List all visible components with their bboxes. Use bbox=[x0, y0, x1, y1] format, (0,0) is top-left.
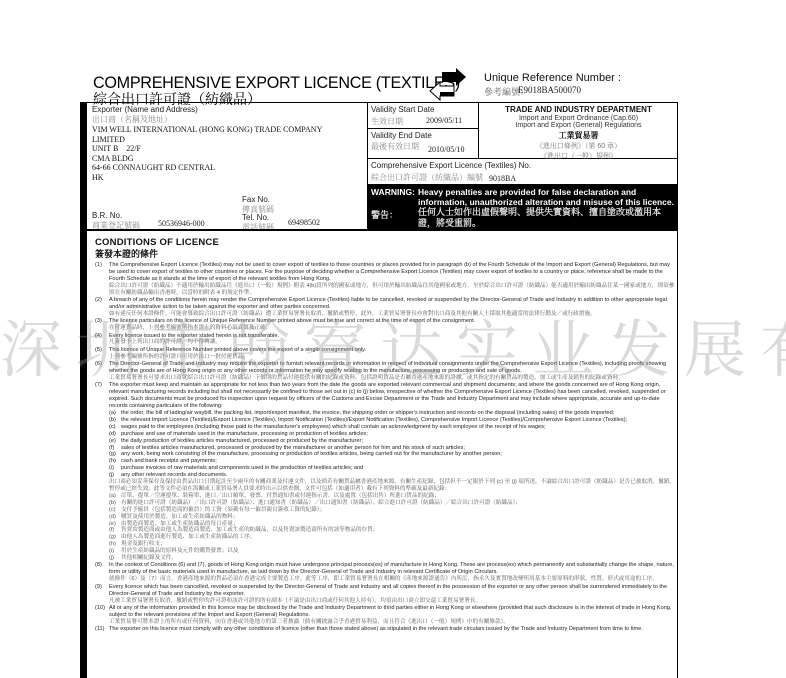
subitem-text: the order, the bill of lading/air waybil… bbox=[121, 410, 675, 417]
condition-text: Every licence which has been cancelled, … bbox=[109, 584, 675, 598]
condition-number: (10) bbox=[95, 605, 109, 626]
export-arrow-icon bbox=[428, 68, 468, 102]
condition-subitem: (e)the daily production of textiles arti… bbox=[109, 438, 675, 445]
condition-text-zh: 在付運貨品時，上列參考編號所指本證上的資料必須真實及正確。 bbox=[109, 325, 675, 332]
condition-body: The licence particulars on this licence … bbox=[109, 318, 675, 332]
department-ordinance: Import and Export Ordinance (Cap.60) bbox=[479, 115, 678, 122]
condition-subitem-zh: (j)其他相關紀錄及文件。 bbox=[109, 555, 675, 562]
subitem-text: any work, being work consisting of the m… bbox=[121, 451, 675, 458]
condition-number: (11) bbox=[95, 626, 109, 633]
condition-text: All or any of the information provided i… bbox=[109, 605, 675, 619]
subitem-letter: (a) bbox=[109, 493, 121, 500]
address-line: UNIT B 22/F bbox=[92, 144, 322, 154]
condition-number: (3) bbox=[95, 318, 109, 332]
subitem-letter: (d) bbox=[109, 514, 121, 521]
validity-end-value: 2010/05/10 bbox=[428, 145, 464, 154]
subitem-text-zh: 訂單、提單／空運提單、裝箱單、進口／出口艙單、發票、付貨通知書或付運指示書，以及… bbox=[121, 493, 675, 500]
br-label: B.R. No. bbox=[92, 211, 122, 220]
subitem-letter: (a) bbox=[109, 410, 121, 417]
department-regulations: Import and Export (General) Regulations bbox=[479, 122, 678, 129]
validity-end-label-zh: 最後有效日期 bbox=[371, 141, 419, 152]
condition-subitem: (h)cash and bank receipts and payments; bbox=[109, 458, 675, 465]
validity-start-label-zh: 生效日期 bbox=[371, 116, 403, 127]
condition-text-zh: 出口商必須妥善保存及保持由貨品出口日期起計至少兩年的有關商業及付運文件，以及倘若… bbox=[109, 479, 675, 493]
condition-body: The Comprehensive Export Licence (Textil… bbox=[109, 262, 675, 297]
condition-text: The Director-General of Trade and Indust… bbox=[109, 361, 675, 375]
subitem-text: purchase invoices of raw materials and c… bbox=[121, 465, 675, 472]
validity-start-value: 2009/05/11 bbox=[426, 116, 462, 125]
subitem-letter: (b) bbox=[109, 417, 121, 424]
condition-text: The exporter on this licence must comply… bbox=[109, 626, 675, 633]
condition-item: (3)The licence particulars on this licen… bbox=[95, 318, 675, 332]
condition-number: (5) bbox=[95, 347, 109, 361]
condition-text-zh: 上列參考編號所指的許可證只可用於出口一批付運貨品。 bbox=[109, 354, 675, 361]
condition-text: In the context of Conditions (6) and (7)… bbox=[109, 562, 675, 576]
condition-text-zh: 綜合出口許可證（紡織品）不適用於輸出紡織品往《進出口（一般）規例》附表 4(b)… bbox=[109, 283, 675, 297]
subitem-letter: (i) bbox=[109, 465, 121, 472]
subitem-text-zh: 有關的進口許可證（紡織品）／出口許可證（紡織品）、進口通知書（紡織品）／出口通知… bbox=[121, 500, 675, 507]
subitem-text: wages paid to the employees (including t… bbox=[121, 424, 675, 431]
tel-label-zh: 電話號碼 bbox=[242, 222, 274, 233]
subitem-letter: (f) bbox=[109, 445, 121, 452]
condition-item: (4)Every licence issued to the exporter … bbox=[95, 333, 675, 347]
condition-number: (4) bbox=[95, 333, 109, 347]
address-line: HK bbox=[92, 173, 322, 183]
address-line: CMA BLDG bbox=[92, 154, 322, 164]
licence-number-label: Comprehensive Export Licence (Textiles) … bbox=[371, 161, 531, 170]
address-line: 64-66 CONNAUGHT RD CENTRAL bbox=[92, 163, 322, 173]
condition-text-zh: 工業貿易署可將本證上的所有或任何資料，向在香港或其他地方的第三者披露（倘有關披露… bbox=[109, 619, 675, 626]
condition-body: All or any of the information provided i… bbox=[109, 605, 675, 626]
subitem-letter: (i) bbox=[109, 548, 121, 555]
condition-item: (7)The exporter must keep and maintain a… bbox=[95, 382, 675, 562]
subitem-text: sales of textiles articles manufactured,… bbox=[121, 445, 675, 452]
subitem-text-zh: 購買及使用於製造、加工或生產紡織品的物料； bbox=[121, 514, 675, 521]
address-line: VIM WELL INTERNATIONAL (HONG KONG) TRADE… bbox=[92, 125, 322, 135]
licence-number-section: Comprehensive Export Licence (Textiles) … bbox=[368, 159, 678, 184]
condition-number: (8) bbox=[95, 562, 109, 583]
condition-body: A breach of any of the conditions herein… bbox=[109, 297, 675, 318]
condition-number: (7) bbox=[95, 382, 109, 562]
department-section: TRADE AND INDUSTRY DEPARTMENT Import and… bbox=[478, 103, 678, 159]
condition-text-zh: 凡簽發予上列出口商的許可證，均不得轉讓。 bbox=[109, 339, 675, 346]
subitem-letter: (b) bbox=[109, 500, 121, 507]
condition-text-zh: 工業貿易署署長可要求出口商就綜合出口許可證（紡織品）下個別的貨品付運提供有關的紀… bbox=[109, 375, 675, 382]
conditions-title-zh: 簽發本證的條件 bbox=[95, 247, 158, 260]
subitem-text: the relevant Import Licence (Textiles)/E… bbox=[121, 417, 675, 424]
exporter-section: Exporter (Name and Address) 出口商（名稱及地址） V… bbox=[86, 103, 368, 229]
warning-label-zh: 警告： bbox=[371, 208, 398, 221]
condition-subitem-zh: (d)購買及使用於製造、加工或生產紡織品的物料； bbox=[109, 514, 675, 521]
urn-label: Unique Reference Number : bbox=[484, 72, 621, 84]
tel-value: 69498502 bbox=[288, 218, 320, 227]
subitem-letter: (f) bbox=[109, 527, 121, 534]
subitem-text: cash and bank receipts and payments; bbox=[121, 458, 675, 465]
condition-text: The Comprehensive Export Licence (Textil… bbox=[109, 262, 675, 283]
validity-start-section: Validity Start Date 生效日期 2009/05/11 bbox=[368, 103, 478, 129]
condition-number: (1) bbox=[95, 262, 109, 297]
condition-subitem: (a)the order, the bill of lading/air way… bbox=[109, 410, 675, 417]
condition-subitem: (f)sales of textiles articles manufactur… bbox=[109, 445, 675, 452]
conditions-list: (1)The Comprehensive Export Licence (Tex… bbox=[95, 262, 675, 634]
condition-text-zh: 如有違反任何本證條件，可能會導致綜合出口許可證（紡織品）遭工業貿易署署長取消、撤… bbox=[109, 311, 675, 318]
validity-start-label: Validity Start Date bbox=[371, 105, 434, 114]
subitem-letter: (e) bbox=[109, 438, 121, 445]
condition-subitem-zh: (c)支付予僱員（包括製造商的僱員）的工資（須載有每一僱員親自簽收工資的紀錄）； bbox=[109, 507, 675, 514]
condition-body: Every licence which has been cancelled, … bbox=[109, 584, 675, 605]
condition-item: (11)The exporter on this licence must co… bbox=[95, 626, 675, 633]
subitem-text-zh: 其他相關紀錄及文件。 bbox=[121, 555, 675, 562]
br-value: 50536946-000 bbox=[158, 219, 205, 228]
department-name: TRADE AND INDUSTRY DEPARTMENT bbox=[479, 105, 678, 114]
condition-item: (10)All or any of the information provid… bbox=[95, 605, 675, 626]
subitem-text: the daily production of textiles article… bbox=[121, 438, 675, 445]
condition-body: The exporter on this licence must comply… bbox=[109, 626, 675, 633]
tel-label: Tel. No. bbox=[242, 213, 269, 222]
condition-subitem: (c)wages paid to the employees (includin… bbox=[109, 424, 675, 431]
condition-item: (6)The Director-General of Trade and Ind… bbox=[95, 361, 675, 382]
exporter-label: Exporter (Name and Address) bbox=[92, 105, 198, 114]
licence-number-value: 9018BA bbox=[489, 174, 516, 183]
exporter-label-zh: 出口商（名稱及地址） bbox=[92, 114, 172, 125]
warning-text: Heavy penalties are provided for false d… bbox=[418, 187, 674, 207]
condition-text-zh: 凡被工業貿易署署長取消、撤銷或暫停的許可證和該許可證的所有副本（不論是由出口商或… bbox=[109, 598, 675, 605]
condition-subitem-zh: (a)訂單、提單／空運提單、裝箱單、進口／出口艙單、發票、付貨通知書或付運指示書… bbox=[109, 493, 675, 500]
condition-item: (8)In the context of Conditions (6) and … bbox=[95, 562, 675, 583]
condition-subitem: (b)the relevant Import Licence (Textiles… bbox=[109, 417, 675, 424]
exporter-address: VIM WELL INTERNATIONAL (HONG KONG) TRADE… bbox=[92, 125, 322, 183]
warning-label: WARNING: bbox=[371, 187, 415, 197]
subitem-letter: (g) bbox=[109, 451, 121, 458]
validity-end-section: Validity End Date 最後有效日期 2010/05/10 bbox=[368, 129, 478, 159]
condition-text: This licence of Unique Reference Number … bbox=[109, 347, 675, 354]
condition-subitem-zh: (i)用於生產紡織品的原料及元件的購貨發票；以及 bbox=[109, 548, 675, 555]
condition-body: The Director-General of Trade and Indust… bbox=[109, 361, 675, 382]
subitem-letter: (c) bbox=[109, 424, 121, 431]
condition-subitem: (d)purchase and use of materials used in… bbox=[109, 431, 675, 438]
condition-number: (6) bbox=[95, 361, 109, 382]
condition-body: The exporter must keep and maintain as a… bbox=[109, 382, 675, 562]
condition-subitem-zh: (b)有關的進口許可證（紡織品）／出口許可證（紡織品）、進口通知書（紡織品）／出… bbox=[109, 500, 675, 507]
subitem-letter: (e) bbox=[109, 521, 121, 528]
subitem-text-zh: 由他人為製造商進行製造、加工或生產紡織品的工序； bbox=[121, 534, 675, 541]
subitem-letter: (d) bbox=[109, 431, 121, 438]
department-name-zh: 工業貿易署 bbox=[479, 130, 678, 141]
urn-value: E9018BA500070 bbox=[518, 85, 581, 95]
subitem-text: purchase and use of materials used in th… bbox=[121, 431, 675, 438]
condition-body: Every licence issued to the exporter sta… bbox=[109, 333, 675, 347]
condition-number: (9) bbox=[95, 584, 109, 605]
validity-end-label: Validity End Date bbox=[371, 131, 432, 140]
condition-text: The exporter must keep and maintain as a… bbox=[109, 382, 675, 410]
fax-label: Fax No. bbox=[242, 195, 270, 204]
condition-subitem: (g)any work, being work consisting of th… bbox=[109, 451, 675, 458]
subitem-letter: (c) bbox=[109, 507, 121, 514]
subitem-letter: (g) bbox=[109, 534, 121, 541]
header-divider bbox=[86, 229, 678, 231]
licence-number-label-zh: 綜合出口許可證（紡織品）編號 bbox=[371, 172, 483, 183]
condition-item: (5)This licence of Unique Reference Numb… bbox=[95, 347, 675, 361]
condition-text-zh: 就條件（6）及（7）而言，香港產地來源的貨品必須在香港完成主要製造工序。此等工序… bbox=[109, 576, 675, 583]
condition-item: (1)The Comprehensive Export Licence (Tex… bbox=[95, 262, 675, 297]
warning-banner: WARNING: Heavy penalties are provided fo… bbox=[368, 184, 678, 229]
condition-item: (2)A breach of any of the conditions her… bbox=[95, 297, 675, 318]
department-ordinance-zh: 《進出口條例》（第 60 章） bbox=[479, 141, 678, 151]
condition-text: A breach of any of the conditions herein… bbox=[109, 297, 675, 311]
address-line: LIMITED bbox=[92, 135, 322, 145]
condition-subitem-zh: (g)由他人為製造商進行製造、加工或生產紡織品的工序； bbox=[109, 534, 675, 541]
condition-body: This licence of Unique Reference Number … bbox=[109, 347, 675, 361]
subitem-text-zh: 支付予僱員（包括製造商的僱員）的工資（須載有每一僱員親自簽收工資的紀錄）； bbox=[121, 507, 675, 514]
warning-text-zh: 任何人士如作出虛假聲明、提供失實資料、擅自塗改或濫用本證，將受重罰。 bbox=[418, 207, 674, 229]
condition-body: In the context of Conditions (6) and (7)… bbox=[109, 562, 675, 583]
subitem-letter: (h) bbox=[109, 541, 121, 548]
condition-number: (2) bbox=[95, 297, 109, 318]
subitem-letter: (j) bbox=[109, 555, 121, 562]
condition-item: (9)Every licence which has been cancelle… bbox=[95, 584, 675, 605]
subitem-text-zh: 用於生產紡織品的原料及元件的購貨發票；以及 bbox=[121, 548, 675, 555]
condition-subitem: (i)purchase invoices of raw materials an… bbox=[109, 465, 675, 472]
subitem-letter: (h) bbox=[109, 458, 121, 465]
